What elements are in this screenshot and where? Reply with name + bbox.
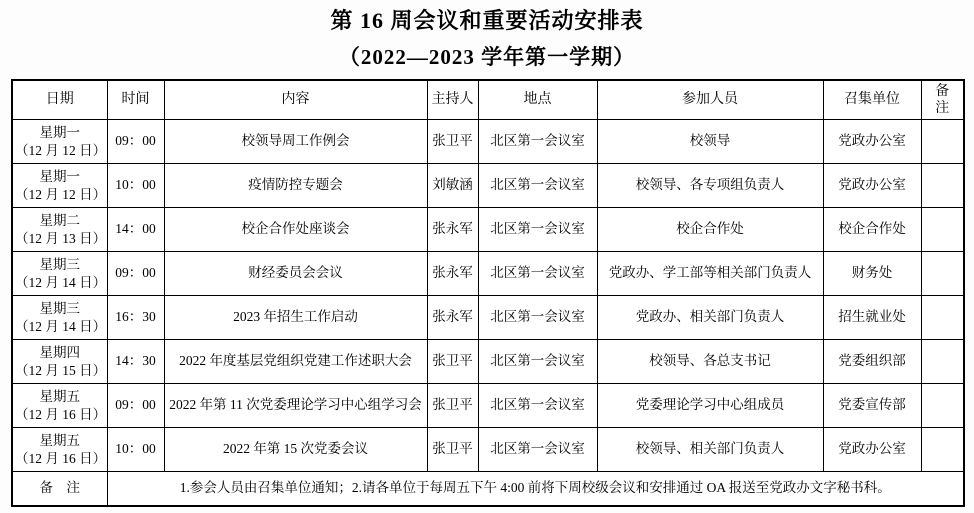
cell-content: 2022 年第 11 次党委理论学习中心组学习会 bbox=[164, 384, 427, 428]
table-row: 星期二 （12 月 13 日） 14：00 校企合作处座谈会 张永军 北区第一会… bbox=[12, 208, 964, 252]
title-block: 第 16 周会议和重要活动安排表 （2022—2023 学年第一学期） bbox=[0, 0, 974, 72]
cell-date: 星期一 （12 月 12 日） bbox=[12, 120, 107, 164]
cell-convener: 党委组织部 bbox=[823, 340, 921, 384]
cell-convener: 党政办公室 bbox=[823, 428, 921, 472]
cell-time: 10：00 bbox=[107, 428, 164, 472]
footer-row: 备 注 1.参会人员由召集单位通知；2.请各单位于每周五下午 4:00 前将下周… bbox=[12, 472, 964, 507]
cell-time: 10：00 bbox=[107, 164, 164, 208]
cell-location: 北区第一会议室 bbox=[478, 384, 597, 428]
cell-participants: 党政办、相关部门负责人 bbox=[597, 296, 823, 340]
cell-time: 09：00 bbox=[107, 120, 164, 164]
table-row: 星期三 （12 月 14 日） 16：30 2023 年招生工作启动 张永军 北… bbox=[12, 296, 964, 340]
page-title: 第 16 周会议和重要活动安排表 bbox=[0, 6, 974, 36]
cell-remark bbox=[921, 208, 964, 252]
cell-location: 北区第一会议室 bbox=[478, 428, 597, 472]
cell-content: 2022 年度基层党组织党建工作述职大会 bbox=[164, 340, 427, 384]
cell-participants: 校企合作处 bbox=[597, 208, 823, 252]
cell-location: 北区第一会议室 bbox=[478, 164, 597, 208]
cell-location: 北区第一会议室 bbox=[478, 252, 597, 296]
cell-location: 北区第一会议室 bbox=[478, 340, 597, 384]
cell-remark bbox=[921, 164, 964, 208]
cell-time: 16：30 bbox=[107, 296, 164, 340]
cell-convener: 校企合作处 bbox=[823, 208, 921, 252]
cell-content: 疫情防控专题会 bbox=[164, 164, 427, 208]
cell-date: 星期四 （12 月 15 日） bbox=[12, 340, 107, 384]
cell-remark bbox=[921, 384, 964, 428]
table-header: 日期 时间 内容 主持人 地点 参加人员 召集单位 备 注 bbox=[12, 80, 964, 120]
footer-remark-note: 1.参会人员由召集单位通知；2.请各单位于每周五下午 4:00 前将下周校级会议… bbox=[107, 472, 964, 507]
cell-time: 14：00 bbox=[107, 208, 164, 252]
cell-host: 张卫平 bbox=[427, 120, 478, 164]
cell-content: 财经委员会会议 bbox=[164, 252, 427, 296]
cell-host: 张永军 bbox=[427, 208, 478, 252]
cell-location: 北区第一会议室 bbox=[478, 296, 597, 340]
table-row: 星期四 （12 月 15 日） 14：30 2022 年度基层党组织党建工作述职… bbox=[12, 340, 964, 384]
cell-remark bbox=[921, 252, 964, 296]
cell-date: 星期一 （12 月 12 日） bbox=[12, 164, 107, 208]
cell-convener: 财务处 bbox=[823, 252, 921, 296]
header-location: 地点 bbox=[478, 80, 597, 120]
page-subtitle: （2022—2023 学年第一学期） bbox=[0, 42, 974, 72]
cell-host: 张永军 bbox=[427, 296, 478, 340]
cell-content: 2023 年招生工作启动 bbox=[164, 296, 427, 340]
schedule-table: 日期 时间 内容 主持人 地点 参加人员 召集单位 备 注 星期一 （12 月 … bbox=[11, 79, 965, 507]
cell-convener: 党政办公室 bbox=[823, 164, 921, 208]
cell-date: 星期五 （12 月 16 日） bbox=[12, 428, 107, 472]
cell-content: 校企合作处座谈会 bbox=[164, 208, 427, 252]
cell-content: 校领导周工作例会 bbox=[164, 120, 427, 164]
header-content: 内容 bbox=[164, 80, 427, 120]
cell-location: 北区第一会议室 bbox=[478, 120, 597, 164]
table-row: 星期五 （12 月 16 日） 10：00 2022 年第 15 次党委会议 张… bbox=[12, 428, 964, 472]
table-row: 星期五 （12 月 16 日） 09：00 2022 年第 11 次党委理论学习… bbox=[12, 384, 964, 428]
cell-date: 星期二 （12 月 13 日） bbox=[12, 208, 107, 252]
cell-date: 星期三 （12 月 14 日） bbox=[12, 252, 107, 296]
header-row: 日期 时间 内容 主持人 地点 参加人员 召集单位 备 注 bbox=[12, 80, 964, 120]
cell-convener: 党委宣传部 bbox=[823, 384, 921, 428]
cell-remark bbox=[921, 340, 964, 384]
cell-participants: 校领导、各总支书记 bbox=[597, 340, 823, 384]
cell-remark bbox=[921, 120, 964, 164]
header-date: 日期 bbox=[12, 80, 107, 120]
table-row: 星期三 （12 月 14 日） 09：00 财经委员会会议 张永军 北区第一会议… bbox=[12, 252, 964, 296]
cell-time: 09：00 bbox=[107, 384, 164, 428]
cell-host: 张永军 bbox=[427, 252, 478, 296]
cell-host: 张卫平 bbox=[427, 428, 478, 472]
cell-location: 北区第一会议室 bbox=[478, 208, 597, 252]
cell-time: 14：30 bbox=[107, 340, 164, 384]
cell-participants: 校领导、相关部门负责人 bbox=[597, 428, 823, 472]
cell-participants: 校领导、各专项组负责人 bbox=[597, 164, 823, 208]
document-page: 第 16 周会议和重要活动安排表 （2022—2023 学年第一学期） 日期 时… bbox=[0, 0, 974, 513]
cell-convener: 招生就业处 bbox=[823, 296, 921, 340]
header-remark: 备 注 bbox=[921, 80, 964, 120]
table-row: 星期一 （12 月 12 日） 10：00 疫情防控专题会 刘敏涵 北区第一会议… bbox=[12, 164, 964, 208]
header-time: 时间 bbox=[107, 80, 164, 120]
cell-content: 2022 年第 15 次党委会议 bbox=[164, 428, 427, 472]
cell-remark bbox=[921, 296, 964, 340]
table-body: 星期一 （12 月 12 日） 09：00 校领导周工作例会 张卫平 北区第一会… bbox=[12, 120, 964, 472]
cell-convener: 党政办公室 bbox=[823, 120, 921, 164]
cell-date: 星期三 （12 月 14 日） bbox=[12, 296, 107, 340]
header-host: 主持人 bbox=[427, 80, 478, 120]
cell-host: 张卫平 bbox=[427, 384, 478, 428]
cell-participants: 党政办、学工部等相关部门负责人 bbox=[597, 252, 823, 296]
footer-remark-label: 备 注 bbox=[12, 472, 107, 507]
cell-remark bbox=[921, 428, 964, 472]
table-footer: 备 注 1.参会人员由召集单位通知；2.请各单位于每周五下午 4:00 前将下周… bbox=[12, 472, 964, 507]
table-row: 星期一 （12 月 12 日） 09：00 校领导周工作例会 张卫平 北区第一会… bbox=[12, 120, 964, 164]
cell-participants: 党委理论学习中心组成员 bbox=[597, 384, 823, 428]
cell-host: 刘敏涵 bbox=[427, 164, 478, 208]
cell-participants: 校领导 bbox=[597, 120, 823, 164]
header-participants: 参加人员 bbox=[597, 80, 823, 120]
header-convener: 召集单位 bbox=[823, 80, 921, 120]
cell-time: 09：00 bbox=[107, 252, 164, 296]
cell-date: 星期五 （12 月 16 日） bbox=[12, 384, 107, 428]
cell-host: 张卫平 bbox=[427, 340, 478, 384]
